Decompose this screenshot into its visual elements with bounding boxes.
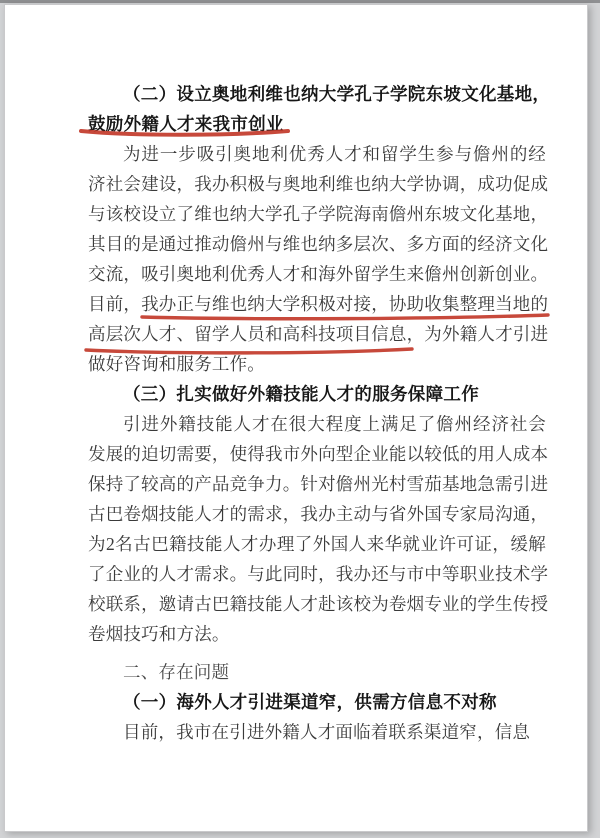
section-3-heading: （三）扎实做好外籍技能人才的服务保障工作: [88, 379, 546, 409]
paragraph-1-line: 其目的是通过推动儋州与维也纳多层次、多方面的经济文化: [88, 229, 546, 259]
paragraph-2-line: 引进外籍技能人才在很大程度上满足了儋州经济社会: [88, 409, 546, 439]
paragraph-2-line: 发展的迫切需要，使得我市外向型企业能以较低的用人成本: [88, 439, 546, 469]
paragraph-1-line: 做好咨询和服务工作。: [88, 349, 546, 379]
paragraph-2-line: 古巴卷烟技能人才的需求，我办主动与省外国专家局沟通，: [88, 499, 546, 529]
document-page: （二）设立奥地利维也纳大学孔子学院东坡文化基地， 鼓励外籍人才来我市创业 为进一…: [4, 4, 588, 832]
document-content: （二）设立奥地利维也纳大学孔子学院东坡文化基地， 鼓励外籍人才来我市创业 为进一…: [88, 79, 546, 747]
part-2-label: 二、存在问题: [88, 657, 546, 687]
section-2-heading-line-2: 鼓励外籍人才来我市创业: [88, 109, 546, 139]
paragraph-2-line: 了企业的人才需求。与此同时，我办还与市中等职业技术学: [88, 559, 546, 589]
section-1-heading: （一）海外人才引进渠道窄，供需方信息不对称: [88, 687, 546, 717]
screenshot-top-edge: [0, 0, 600, 3]
document-viewer-canvas: { "colors": { "canvas_bg": "#d2d3d5", "p…: [0, 0, 600, 838]
paragraph-1-line: 与该校设立了维也纳大学孔子学院海南儋州东坡文化基地，: [88, 199, 546, 229]
paragraph-2-line: 为2名古巴籍技能人才办理了外国人来华就业许可证，缓解: [88, 529, 546, 559]
paragraph-1-line: 交流，吸引奥地利优秀人才和海外留学生来儋州创新创业。: [88, 259, 546, 289]
paragraph-1-line: 为进一步吸引奥地利优秀人才和留学生参与儋州的经: [88, 139, 546, 169]
paragraph-1-line: 济社会建设，我办积极与奥地利维也纳大学协调，成功促成: [88, 169, 546, 199]
paragraph-2-line: 校联系，邀请古巴籍技能人才赴该校为卷烟专业的学生传授: [88, 589, 546, 619]
paragraph-2-line: 保持了较高的产品竞争力。针对儋州光村雪茄基地急需引进: [88, 469, 546, 499]
paragraph-2-line: 卷烟技巧和方法。: [88, 619, 546, 649]
section-2-heading-line-1: （二）设立奥地利维也纳大学孔子学院东坡文化基地，: [88, 79, 546, 109]
paragraph-1-line: 目前，我办正与维也纳大学积极对接，协助收集整理当地的: [88, 289, 546, 319]
paragraph-1-line: 高层次人才、留学人员和高科技项目信息，为外籍人才引进: [88, 319, 546, 349]
paragraph-3-line: 目前，我市在引进外籍人才面临着联系渠道窄，信息: [88, 717, 546, 747]
